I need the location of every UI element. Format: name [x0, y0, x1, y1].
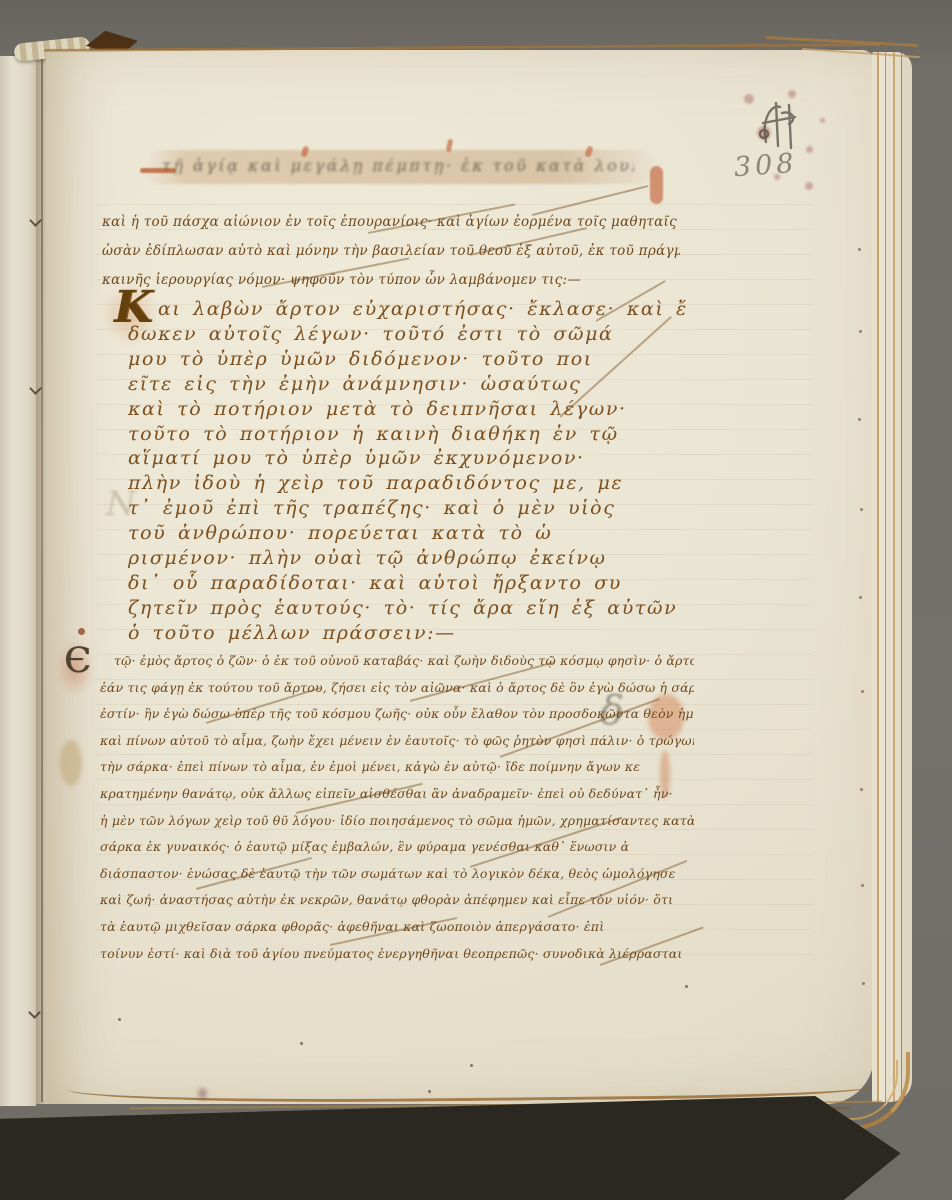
left-page-stack	[0, 56, 36, 1106]
bleedthrough-initial-blob	[60, 740, 82, 786]
gospel-line: αἵματί μου τὸ ὑπὲρ ὑμῶν ἐκχυνόμενον·	[128, 446, 680, 471]
gospel-line: καὶ τὸ ποτήριον μετὰ τὸ δειπνῆσαι λέγων·	[128, 397, 680, 422]
gospel-line: τοῦ ἀνθρώπου· πορεύεται κατὰ τὸ ὡ	[128, 521, 680, 546]
mold-spot	[820, 118, 825, 123]
commentary-line: τὴν σάρκα· ἐπεὶ πίνων τὸ αἷμα, ἐν ἐμοὶ μ…	[100, 754, 694, 781]
commentary-line: ἐάν τις φάγῃ ἐκ τούτου τοῦ ἄρτου, ζήσει …	[100, 675, 694, 702]
folio-number: 308	[733, 148, 799, 183]
gospel-line: τ᾽ ἐμοῦ ἐπὶ τῆς τραπέζης· καὶ ὁ μὲν υἱὸς	[128, 496, 680, 521]
gospel-line: ζητεῖν πρὸς ἑαυτούς· τὸ· τίς ἄρα εἴη ἐξ …	[128, 596, 680, 621]
commentary-line: διάσπαστον· ἑνώσας δὲ ἑαυτῷ τὴν τῶν σωμά…	[100, 861, 694, 888]
commentary-line: κρατημένην θανάτῳ, οὐκ ἄλλως εἰπεῖν αἰσθ…	[100, 781, 694, 808]
gospel-text-block: αι λαβὼν ἄρτον εὐχαριστήσας· ἔκλασε· καὶ…	[128, 297, 680, 646]
gospel-line: ρισμένον· πλὴν οὐαὶ τῷ ἀνθρώπῳ ἐκείνῳ	[128, 546, 680, 571]
commentary-line: σάρκα ἐκ γυναικός· ὁ ἑαυτῷ μίξας ἐμβαλών…	[100, 834, 694, 861]
pricking-hole	[859, 596, 862, 599]
dust-speck	[300, 1042, 303, 1045]
gospel-line: τοῦτο τὸ ποτήριον ἡ καινὴ διαθήκη ἐν τῷ	[128, 422, 680, 447]
dust-speck	[118, 1018, 121, 1021]
book-shadow	[0, 1096, 948, 1200]
mold-spot	[744, 94, 754, 104]
commentary-line: τῷ· ἐμὸς ἄρτος ὁ ζῶν· ὁ ἐκ τοῦ οὐνοῦ κατ…	[114, 648, 694, 675]
commentary-line: καὶ ζωή· ἀναστήσας αὐτὴν ἐκ νεκρῶν, θανά…	[100, 887, 694, 914]
dust-speck	[685, 985, 688, 988]
commentary-line: καὶ ἡ τοῦ πάσχα αἰώνιον ἐν τοῖς ἐπουρανί…	[102, 208, 680, 237]
commentary-line: ἐστίν· ἣν ἐγὼ δώσω ὑπὲρ τῆς τοῦ κόσμου ζ…	[100, 701, 694, 728]
gospel-line: μου τὸ ὑπὲρ ὑμῶν διδόμενον· τοῦτο ποι	[128, 347, 680, 372]
pricking-hole	[860, 508, 863, 511]
commentary-initial-letter: Є	[64, 644, 91, 679]
pricking-hole	[858, 418, 861, 421]
gospel-line: πλὴν ἰδοὺ ἡ χεὶρ τοῦ παραδιδόντος με, με	[128, 471, 680, 496]
pricking-hole	[858, 248, 861, 251]
rubric-flourish	[650, 166, 663, 204]
commentary-top-block: καὶ ἡ τοῦ πάσχα αἰώνιον ἐν τοῖς ἐπουρανί…	[102, 208, 680, 295]
pricking-hole	[861, 884, 864, 887]
ink-dot	[78, 628, 85, 635]
commentary-line: καὶ πίνων αὐτοῦ τὸ αἷμα, ζωὴν ἔχει μένει…	[100, 728, 694, 755]
gospel-line: ὁ τοῦτο μέλλων πράσσειν:—	[128, 621, 680, 646]
pricking-hole	[862, 982, 865, 985]
dust-speck	[470, 1064, 473, 1067]
pricking-hole	[860, 788, 863, 791]
pricking-hole	[859, 330, 862, 333]
commentary-line: τὰ ἑαυτῷ μιχθεῖσαν σάρκα φθορᾶς· ἀφεθῆνα…	[100, 914, 694, 941]
rubric-heading: τῇ ἁγίᾳ καὶ μεγάλῃ πέμπτῃ· ἐκ τοῦ κατὰ λ…	[162, 156, 634, 175]
gospel-line: δι᾽ οὗ παραδίδοται· καὶ αὐτοὶ ἤρξαντο συ	[128, 571, 680, 596]
stain-spot	[198, 1088, 207, 1099]
commentary-line: καινῆς ἱερουργίας νόμον· ψηφοῦν τὸν τύπο…	[102, 266, 680, 295]
pricking-hole	[861, 690, 864, 693]
mold-spot	[806, 146, 813, 153]
manuscript-photo: τῇ ἁγίᾳ καὶ μεγάλῃ πέμπτῃ· ἐκ τοῦ κατὰ λ…	[0, 0, 952, 1200]
gutter-crease	[41, 54, 43, 1102]
mold-spot	[805, 182, 813, 190]
dust-speck	[428, 1090, 431, 1093]
fore-edge-page-stack	[872, 52, 912, 1102]
ink-stamp-icon	[756, 96, 802, 154]
commentary-bottom-block: τῷ· ἐμὸς ἄρτος ὁ ζῶν· ὁ ἐκ τοῦ οὐνοῦ κατ…	[100, 648, 694, 967]
gospel-line: δωκεν αὐτοῖς λέγων· τοῦτό ἐστι τὸ σῶμά	[128, 322, 680, 347]
